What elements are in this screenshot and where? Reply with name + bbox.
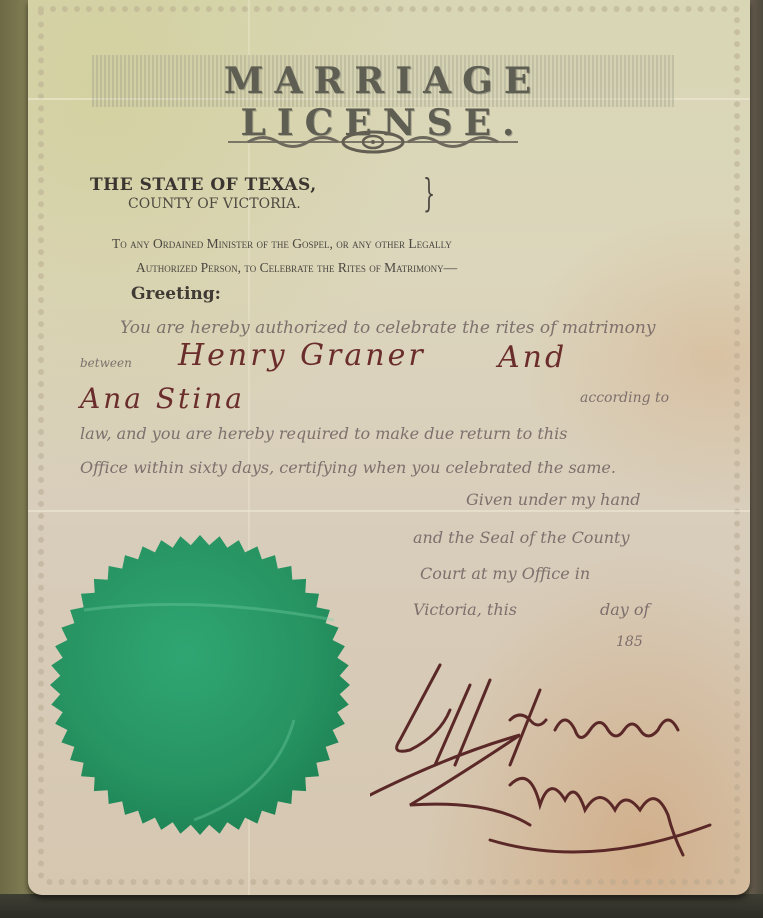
between-label: between [80,356,132,370]
bride-name: Ana Stina [80,382,245,415]
attestation-line-1: Given under my hand [466,490,641,509]
address-line-2: Authorized Person, to Celebrate the Rite… [112,256,722,280]
jurisdiction-block: THE STATE OF TEXAS, COUNTY OF VICTORIA. [90,175,317,212]
address-text: To any Ordained Minister of the Gospel, … [112,232,722,280]
clerk-signature: G. Wm. Garnett [370,655,740,875]
frame-edge-bottom [0,894,763,918]
attestation-line-4b: day of [600,600,649,619]
according-to: according to [580,390,669,406]
and-handwritten: And [498,340,567,375]
state-heading: THE STATE OF TEXAS, [90,175,317,195]
brace-glyph: } [423,171,435,215]
attestation-line-2: and the Seal of the County [413,528,630,547]
address-line-1: To any Ordained Minister of the Gospel, … [112,236,452,251]
year: 185 [616,634,643,650]
body-line-1: You are hereby authorized to celebrate t… [120,318,655,338]
attestation-line-3: Court at my Office in [420,564,590,583]
fold-line [28,510,750,512]
county-heading: COUNTY OF VICTORIA. [90,196,317,212]
groom-name: Henry Graner [178,338,426,373]
body-line-4: Office within sixty days, certifying whe… [80,458,616,477]
frame-edge-right [749,0,763,918]
greeting: Greeting: [131,284,221,304]
body-line-3: law, and you are hereby required to make… [80,424,567,443]
green-seal-icon [44,530,356,840]
attestation-line-4a: Victoria, this [413,600,517,619]
ornament-divider-icon [228,130,518,154]
